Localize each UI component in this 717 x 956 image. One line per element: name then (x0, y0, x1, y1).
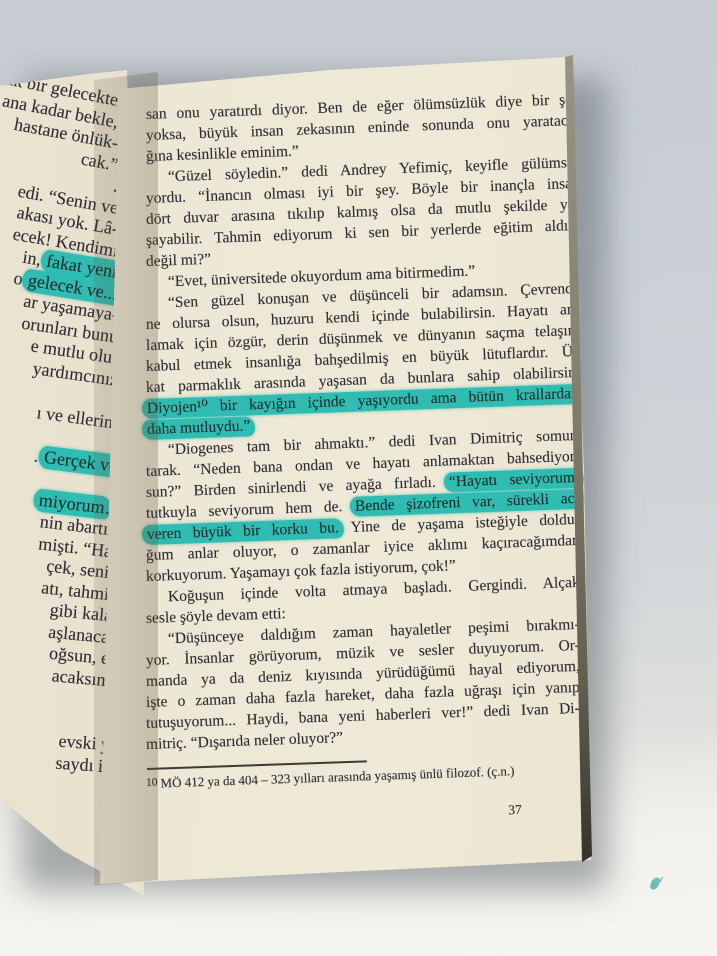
text-segment: sesle şöyle devam etti: (146, 605, 286, 627)
text-segment: değil mi?” (146, 251, 212, 270)
footnote-marker: 10 (146, 776, 161, 788)
page-number: 37 (508, 802, 522, 817)
highlighter-smudge (649, 876, 662, 891)
photo-of-open-book: ak bir gelecekteana kadar bekle,hastane … (0, 0, 717, 956)
left-page-text-fragments: ak bir gelecekteana kadar bekle,hastane … (0, 90, 118, 778)
right-page-text: san onu yaratırdı diyor. Ben de eğer ölü… (146, 104, 580, 833)
footnote: 10MÖ 412 ya da 404 – 323 yılları arasınd… (146, 760, 580, 792)
right-page-body-lines: san onu yaratırdı diyor. Ben de eğer ölü… (146, 104, 580, 755)
text-segment: mitriç. “Dışarıda neler oluyor?” (146, 729, 344, 753)
